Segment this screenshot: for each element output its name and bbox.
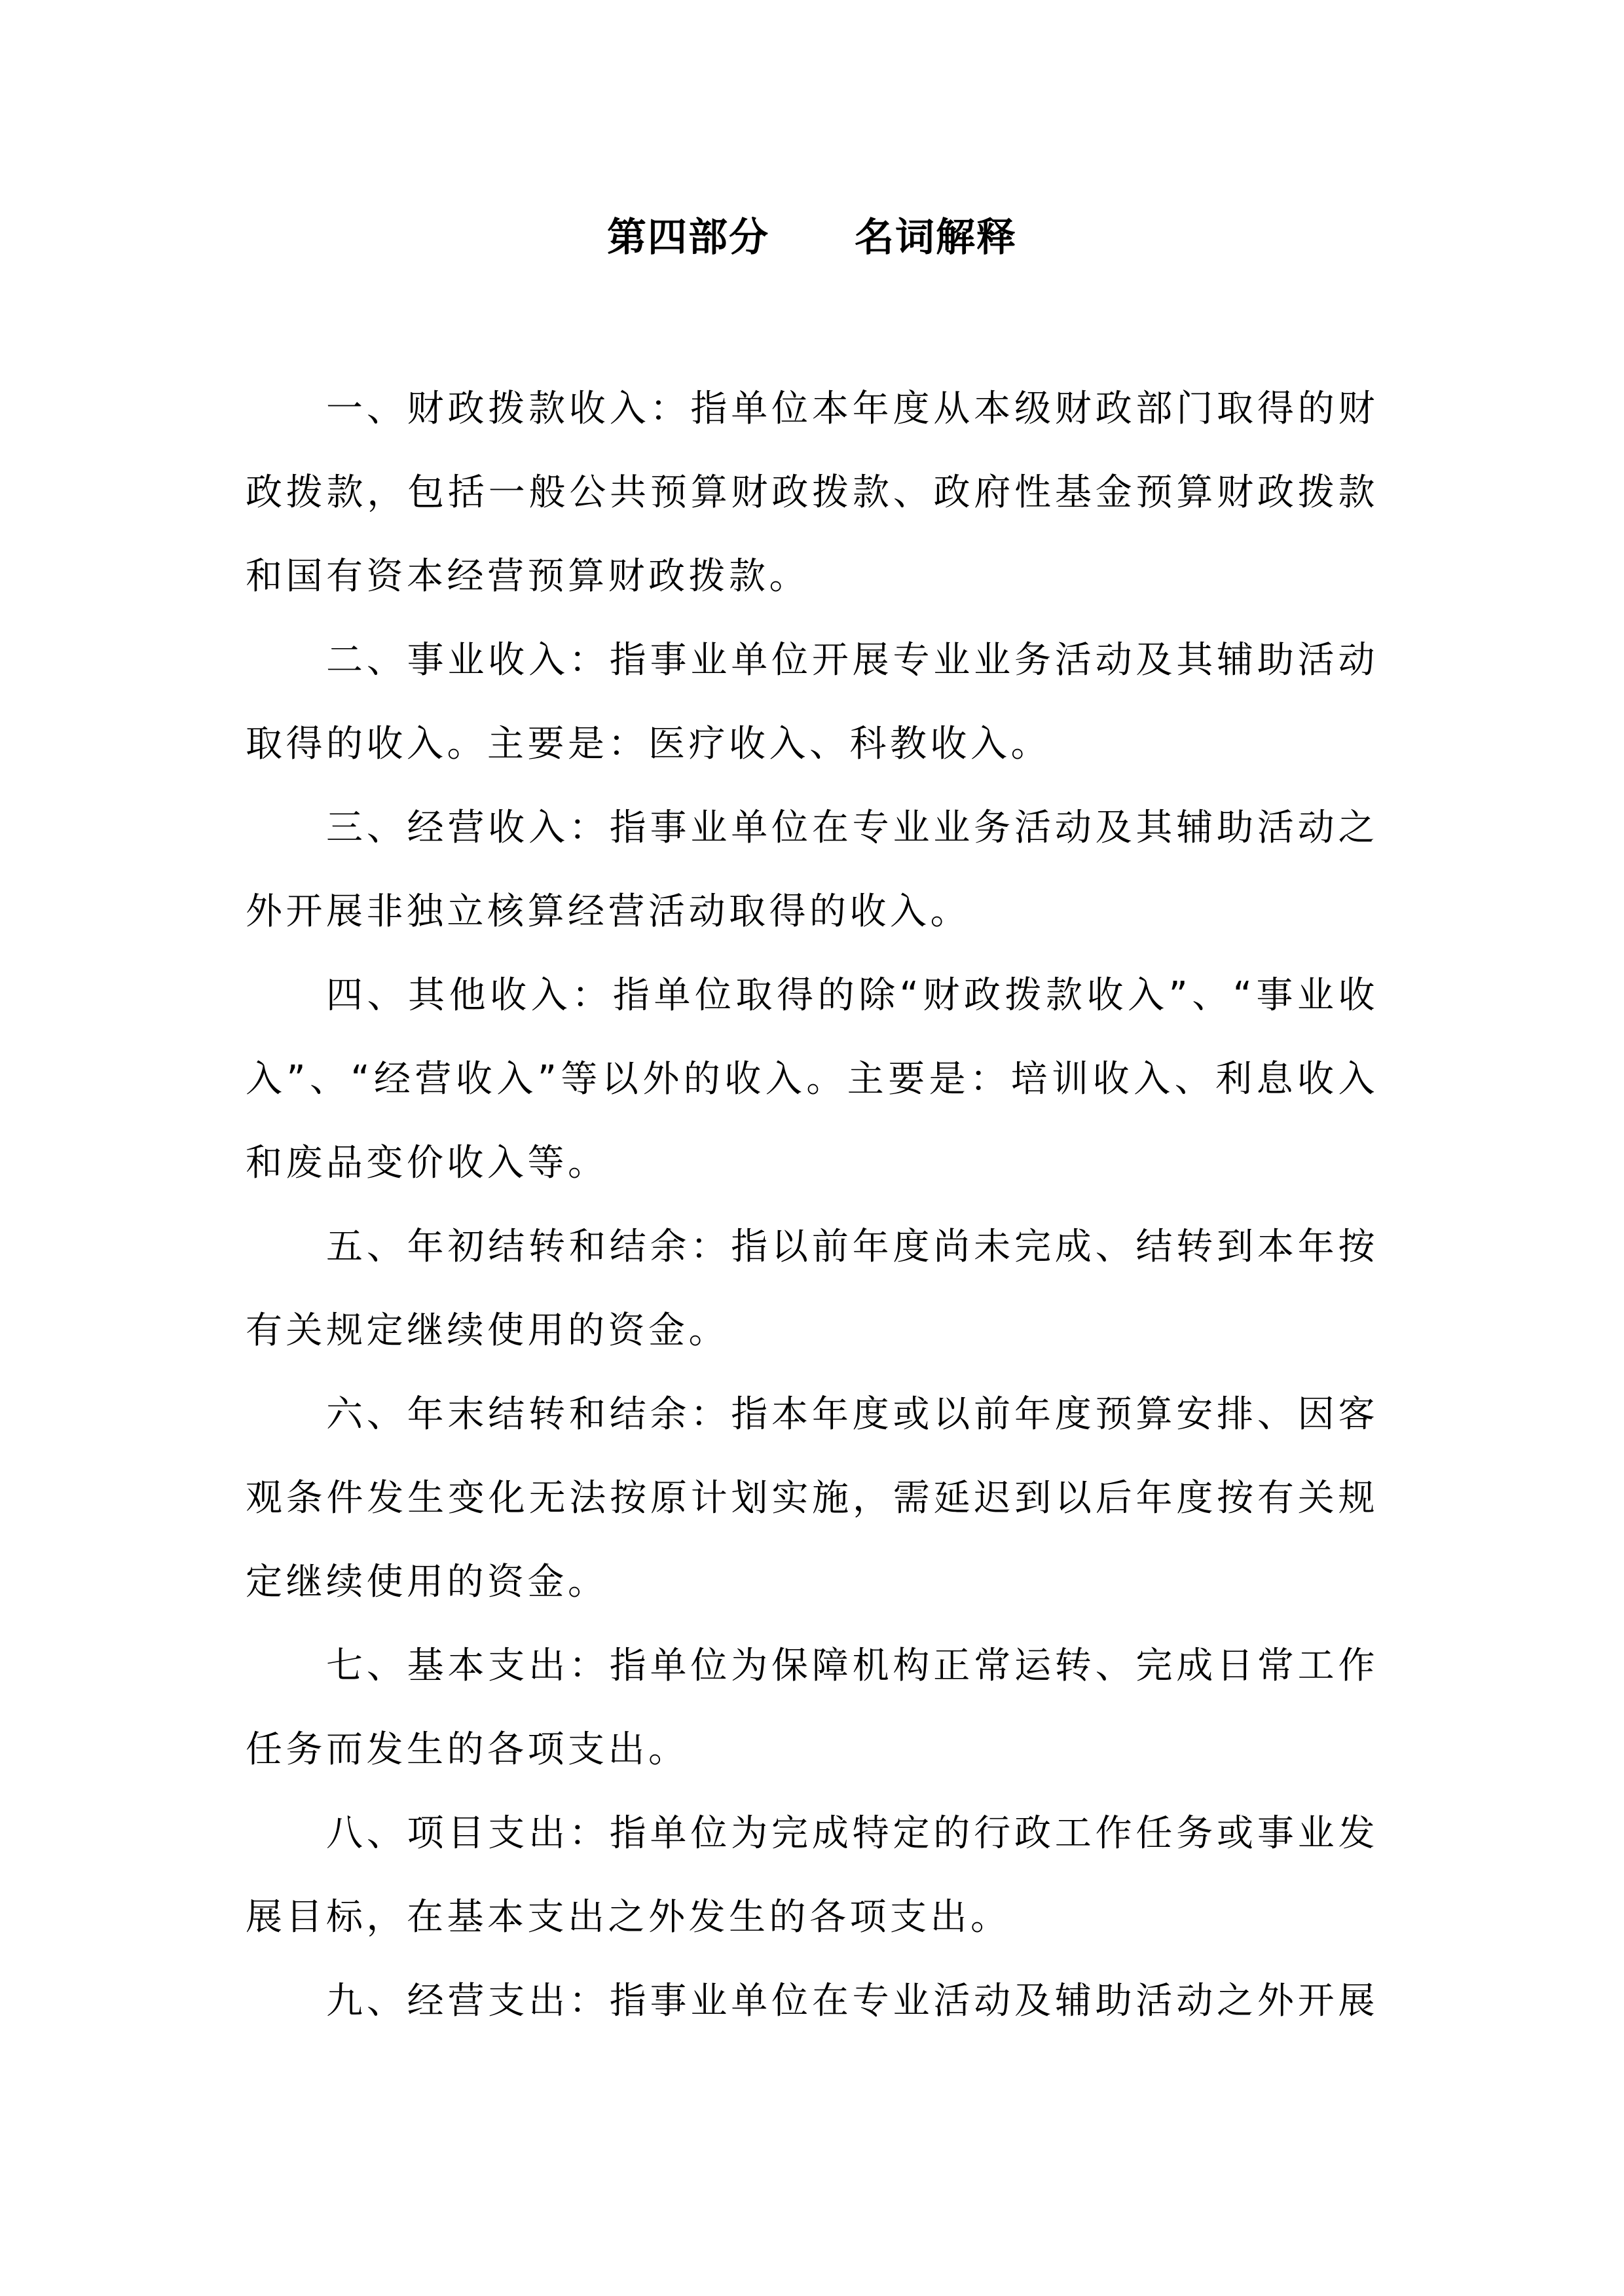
paragraph-line: 展目标，在基本支出之外发生的各项支出。 bbox=[246, 1891, 1378, 1944]
paragraph-line: 三、经营收入：指事业单位在专业业务活动及其辅助活动之 bbox=[326, 802, 1378, 854]
title-name: 名词解释 bbox=[855, 215, 1017, 261]
paragraph-line: 七、基本支出：指单位为保障机构正常运转、完成日常工作 bbox=[326, 1640, 1378, 1692]
paragraph-line: 五、年初结转和结余：指以前年度尚未完成、结转到本年按 bbox=[326, 1221, 1378, 1273]
paragraph-line: 和国有资本经营预算财政拨款。 bbox=[246, 551, 1378, 603]
paragraph-line: 六、年末结转和结余：指本年度或以前年度预算安排、因客 bbox=[326, 1389, 1378, 1441]
paragraph-line: 八、项目支出：指单位为完成特定的行政工作任务或事业发 bbox=[326, 1808, 1378, 1860]
paragraph-line: 九、经营支出：指事业单位在专业活动及辅助活动之外开展 bbox=[326, 1975, 1378, 2028]
paragraph-line: 一、财政拨款收入：指单位本年度从本级财政部门取得的财 bbox=[326, 383, 1378, 435]
paragraph-line: 入”、“经营收入”等以外的收入。主要是：培训收入、利息收入 bbox=[246, 1053, 1378, 1106]
paragraph-line: 有关规定继续使用的资金。 bbox=[246, 1305, 1378, 1357]
paragraph-line: 任务而发生的各项支出。 bbox=[246, 1724, 1378, 1776]
paragraph-line: 取得的收入。主要是：医疗收入、科教收入。 bbox=[246, 718, 1378, 771]
paragraph-line: 定继续使用的资金。 bbox=[246, 1556, 1378, 1609]
paragraph-line: 观条件发生变化无法按原计划实施，需延迟到以后年度按有关规 bbox=[246, 1472, 1378, 1525]
paragraph-line: 四、其他收入：指单位取得的除“财政拨款收入”、“事业收 bbox=[326, 970, 1378, 1022]
title-part: 第四部分 bbox=[607, 215, 769, 261]
page-title: 第四部分名词解释 bbox=[0, 208, 1624, 267]
paragraph-line: 和废品变价收入等。 bbox=[246, 1137, 1378, 1190]
paragraph-line: 外开展非独立核算经营活动取得的收入。 bbox=[246, 886, 1378, 938]
document-page: 第四部分名词解释 一、财政拨款收入：指单位本年度从本级财政部门取得的财 政拨款，… bbox=[0, 0, 1624, 2296]
paragraph-line: 二、事业收入：指事业单位开展专业业务活动及其辅助活动 bbox=[326, 634, 1378, 687]
paragraph-line: 政拨款，包括一般公共预算财政拨款、政府性基金预算财政拨款 bbox=[246, 467, 1378, 519]
